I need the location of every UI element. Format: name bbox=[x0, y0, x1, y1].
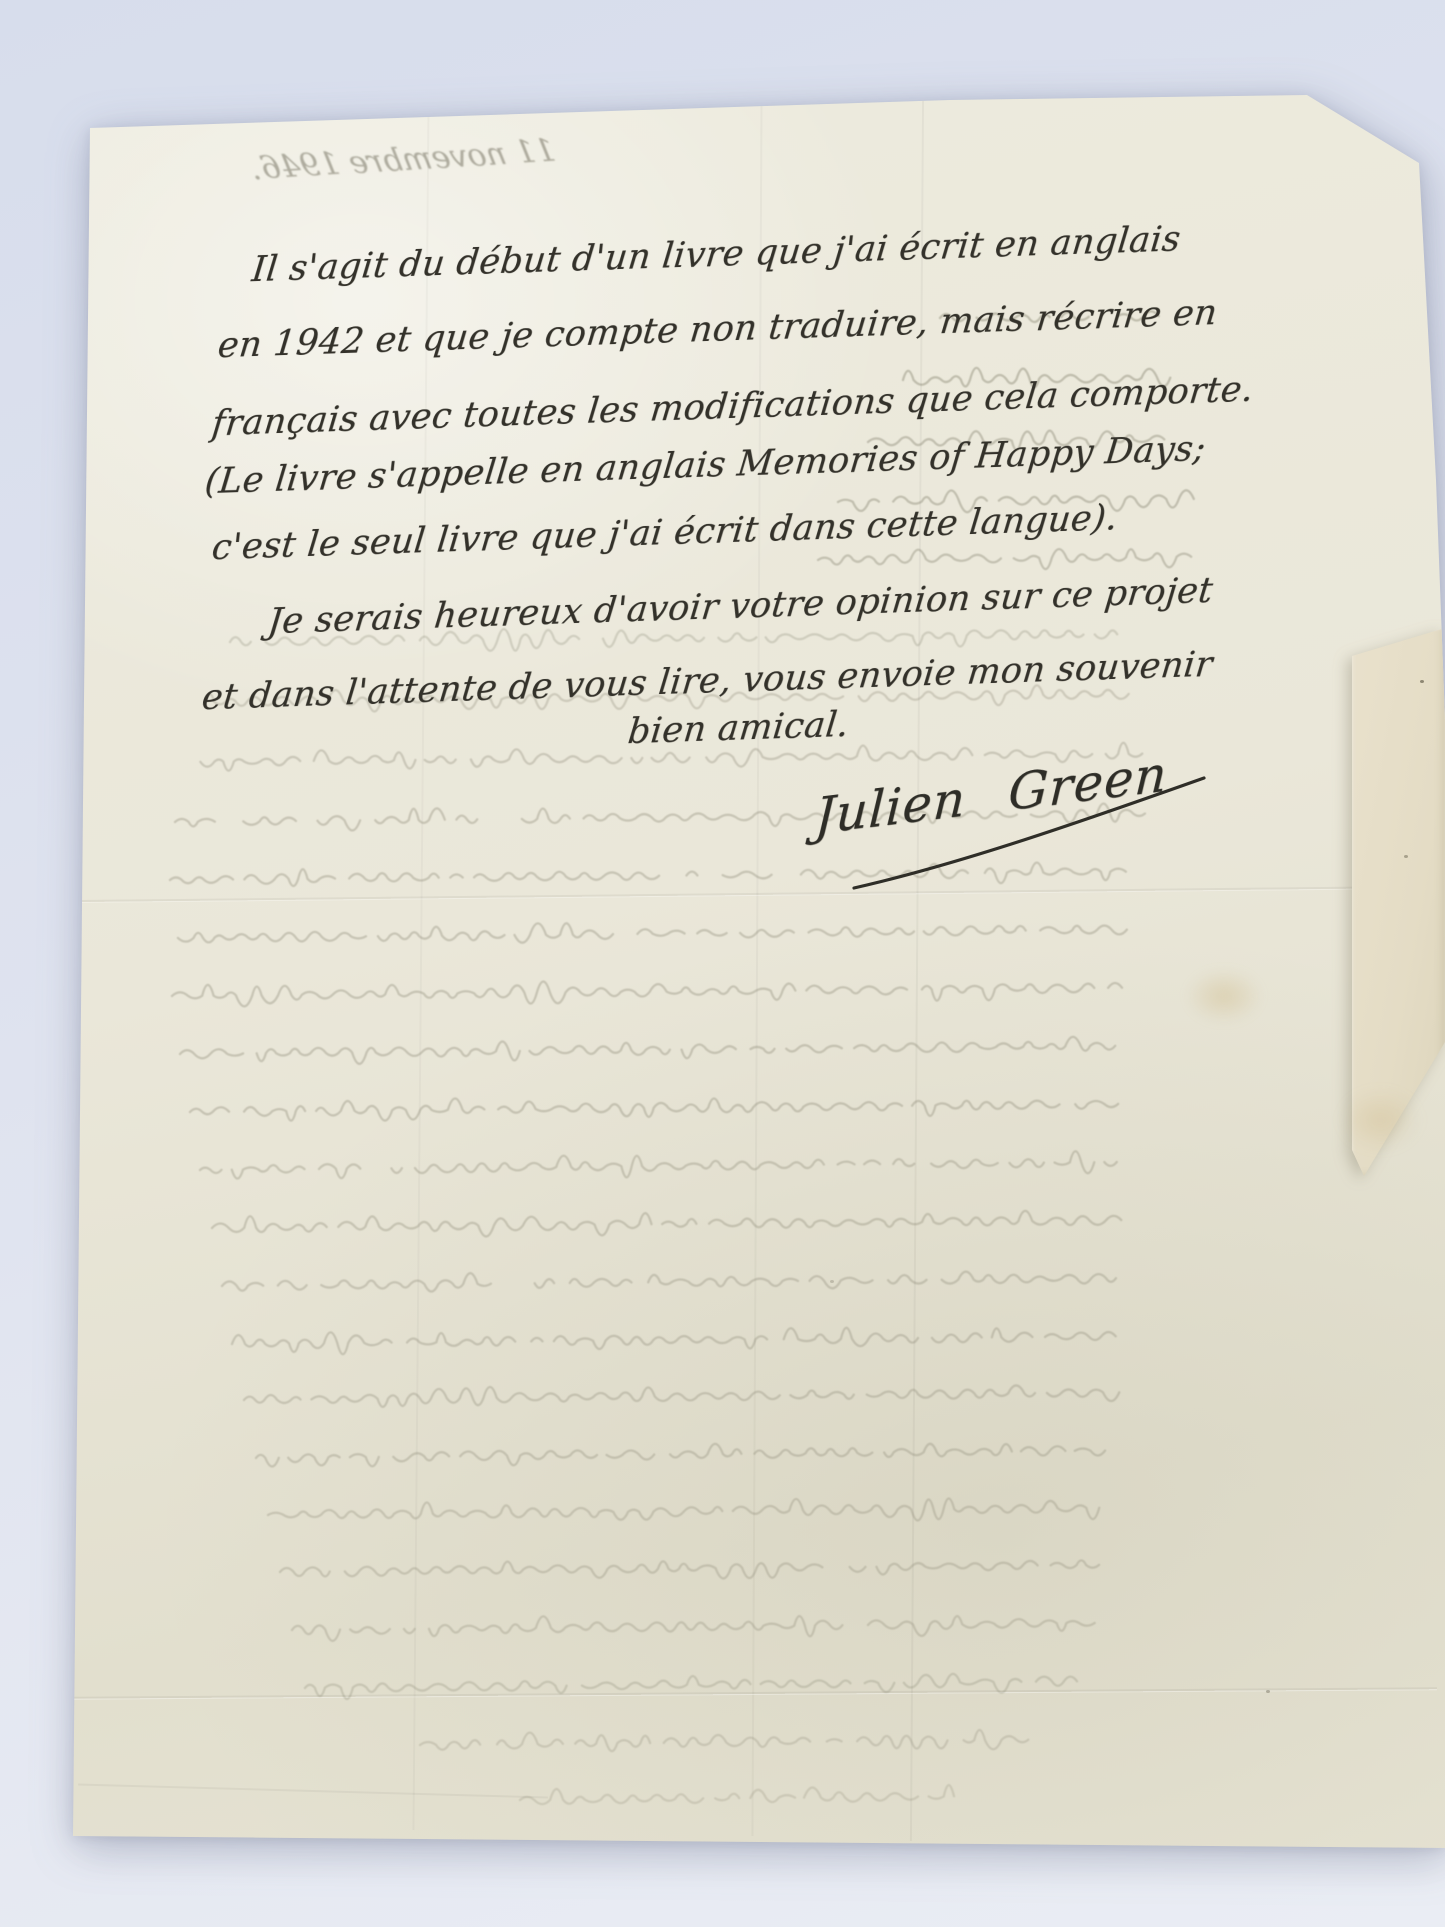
signature-flourish bbox=[840, 758, 1220, 908]
letter-sheet: 11 novembre 1946. Il s'agit du début d'u… bbox=[55, 90, 1445, 1848]
speck bbox=[1420, 680, 1424, 683]
bleed-through-writing bbox=[0, 0, 1445, 1927]
speck bbox=[1266, 1690, 1270, 1693]
letter-closing: bien amical. bbox=[626, 705, 851, 752]
letter-photo: 11 novembre 1946. Il s'agit du début d'u… bbox=[0, 0, 1445, 1927]
paper-shadow: 11 novembre 1946. Il s'agit du début d'u… bbox=[0, 0, 1445, 1927]
speck bbox=[1404, 855, 1408, 858]
speck bbox=[830, 1280, 834, 1283]
